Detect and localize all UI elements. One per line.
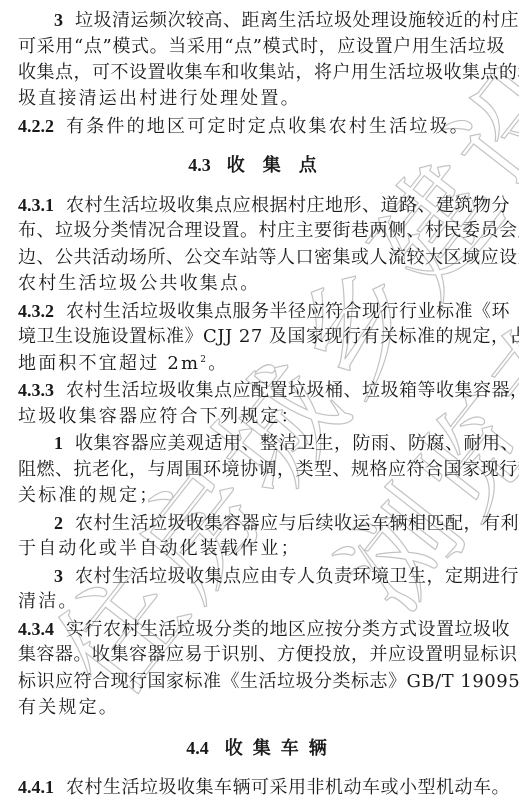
paragraph-line: 有关规定。 [18, 695, 505, 721]
clause-text: 实行农村生活垃圾分类的地区应按分类方式设置垃圾收 [66, 619, 510, 640]
paragraph-line: 收集点，可不设置收集车和收集站，将户用生活垃圾收集点的垃 [18, 60, 505, 86]
item-1-line-1: 1收集容器应美观适用、整洁卫生，防雨、防腐、耐用、 [18, 430, 505, 456]
item-text: 农村生活垃圾收集容器应与后续收运车辆相匹配，有利 [75, 513, 519, 534]
paragraph-line: 地面积不宜超过 2m2。 [18, 351, 505, 377]
paragraph-line: 农村生活垃圾公共收集点。 [18, 271, 505, 297]
item-3-line-1: 3垃圾清运频次较高、距离生活垃圾处理设施较近的村庄 [18, 7, 505, 33]
clause-number: 4.3.1 [18, 195, 54, 215]
section-title: 收集点 [227, 155, 335, 176]
section-heading-4-3: 4.3收集点 [18, 152, 505, 178]
item-number: 2 [54, 513, 63, 533]
clause-4-3-1-line-1: 4.3.1农村生活垃圾收集点应根据村庄地形、道路、建筑物分 [18, 192, 505, 218]
clause-number: 4.4.1 [18, 777, 54, 797]
item-text: 垃圾清运频次较高、距离生活垃圾处理设施较近的村庄 [75, 10, 519, 31]
item-3-line-1: 3农村生活垃圾收集点应由专人负责环境卫生，定期进行 [18, 563, 505, 589]
clause-4-3-4-line-1: 4.3.4实行农村生活垃圾分类的地区应按分类方式设置垃圾收 [18, 616, 505, 642]
item-number: 3 [54, 10, 63, 30]
clause-number: 4.2.2 [18, 116, 54, 136]
paragraph-line: 阻燃、抗老化，与周围环境协调，类型、规格应符合国家现行有 [18, 457, 505, 483]
clause-number: 4.3.2 [18, 301, 54, 321]
clause-text: 农村生活垃圾收集点服务半径应符合现行行业标准《环 [66, 301, 510, 322]
paragraph-line: 集容器。收集容器应易于识别、方便投放，并应设置明显标识， [18, 642, 505, 668]
clause-4-2-2: 4.2.2有条件的地区可定时定点收集农村生活垃圾。 [18, 113, 505, 139]
section-number: 4.4 [186, 738, 209, 758]
clause-text: 有条件的地区可定时定点收集农村生活垃圾。 [66, 116, 470, 137]
paragraph-line: 垃圾收集容器应符合下列规定： [18, 404, 505, 430]
paragraph-line: 边、公共活动场所、公交车站等人口密集或人流较大区域应设置 [18, 245, 505, 271]
section-number: 4.3 [188, 155, 211, 175]
clause-text: 农村生活垃圾收集车辆可采用非机动车或小型机动车。 [66, 777, 510, 798]
paragraph-line: 关标准的规定； [18, 483, 505, 509]
item-2-line-1: 2农村生活垃圾收集容器应与后续收运车辆相匹配，有利 [18, 510, 505, 536]
clause-4-3-2-line-1: 4.3.2农村生活垃圾收集点服务半径应符合现行行业标准《环 [18, 298, 505, 324]
clause-text: 农村生活垃圾收集点应根据村庄地形、道路、建筑物分 [66, 195, 510, 216]
superscript: 2 [200, 355, 208, 365]
clause-text: 农村生活垃圾收集点应配置垃圾桶、垃圾箱等收集容器， [66, 380, 519, 401]
section-heading-4-4: 4.4收集车辆 [18, 735, 505, 761]
clause-number: 4.3.3 [18, 380, 54, 400]
section-title: 收集车辆 [225, 738, 337, 759]
item-text: 农村生活垃圾收集点应由专人负责环境卫生，定期进行 [75, 566, 519, 587]
clause-4-3-3-line-1: 4.3.3农村生活垃圾收集点应配置垃圾桶、垃圾箱等收集容器， [18, 377, 505, 403]
paragraph-line: 可采用“点”模式。当采用“点”模式时，应设置户用生活垃圾 [18, 34, 505, 60]
paragraph-line: 于自动化或半自动化装载作业； [18, 536, 505, 562]
paragraph-line: 清洁。 [18, 589, 505, 615]
text-segment: 。 [208, 353, 228, 374]
item-number: 3 [54, 566, 63, 586]
clause-number: 4.3.4 [18, 619, 54, 639]
item-number: 1 [54, 433, 63, 453]
paragraph-line: 布、垃圾分类情况合理设置。村庄主要街巷两侧、村民委员会周 [18, 218, 505, 244]
paragraph-line: 境卫生设施设置标准》CJJ 27 及国家现行有关标准的规定，占 [18, 324, 505, 350]
clause-4-4-1-line-1: 4.4.1农村生活垃圾收集车辆可采用非机动车或小型机动车。 [18, 774, 505, 798]
text-segment: 地面积不宜超过 2m [18, 353, 200, 374]
paragraph-line: 圾直接清运出村进行处理处置。 [18, 86, 505, 112]
paragraph-line: 标识应符合现行国家标准《生活垃圾分类标志》GB/T 19095 的 [18, 669, 505, 695]
item-text: 收集容器应美观适用、整洁卫生，防雨、防腐、耐用、 [75, 433, 519, 454]
